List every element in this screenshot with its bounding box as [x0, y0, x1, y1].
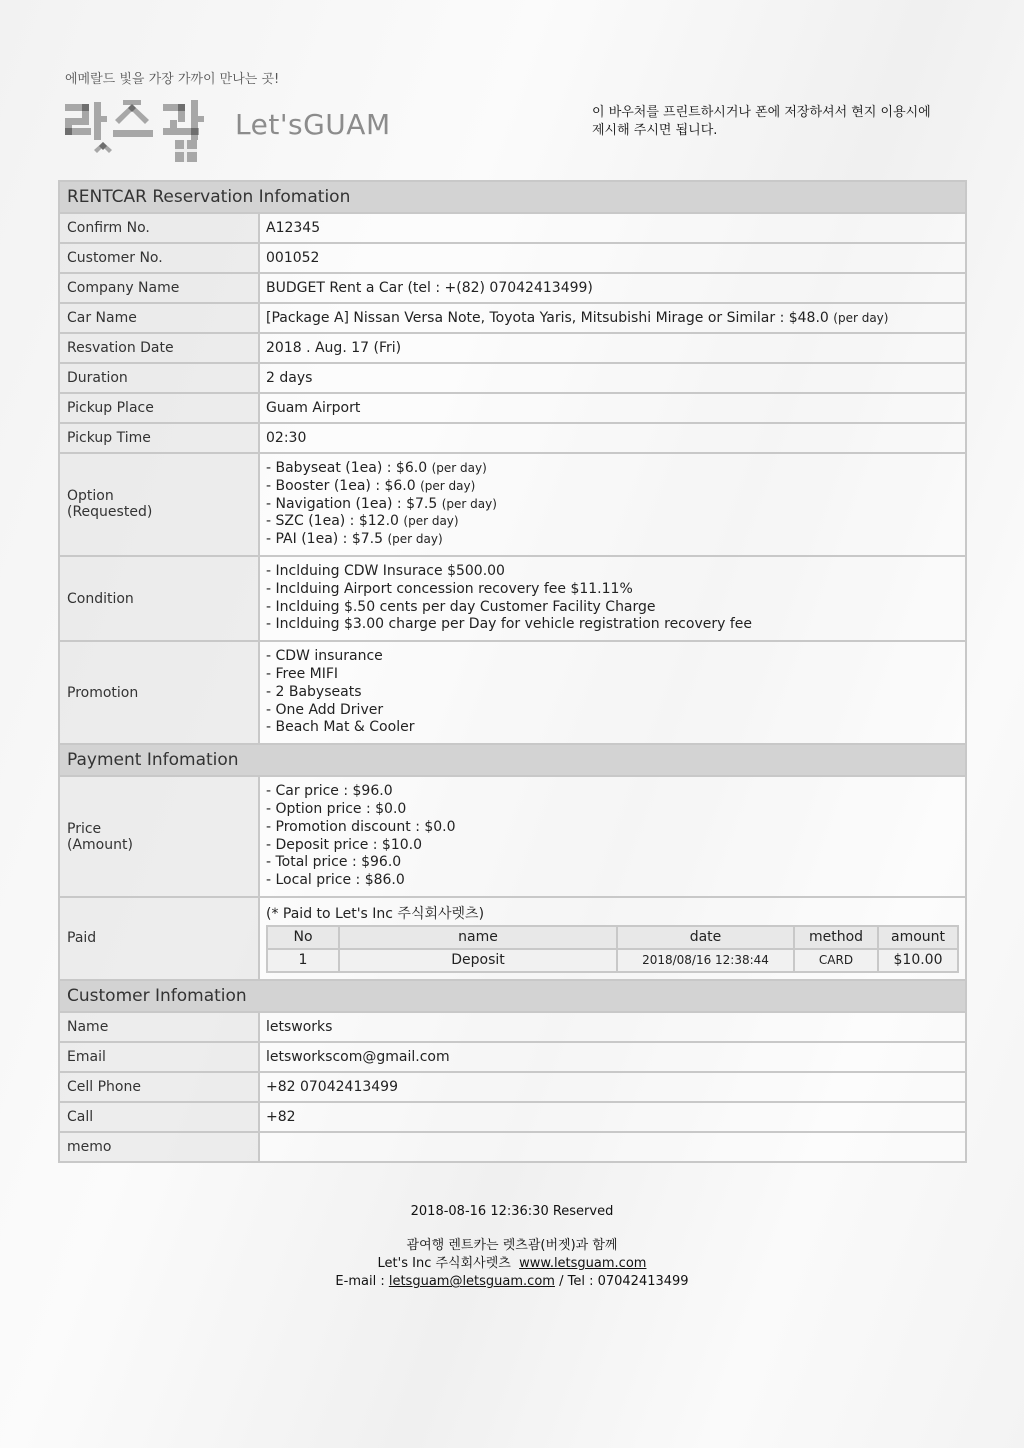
section-header-reservation: RENTCAR Reservation Infomation	[59, 181, 966, 213]
col-header: method	[794, 926, 878, 949]
print-notice: 이 바우처를 프린트하시거나 폰에 저장하셔서 현지 이용시에 제시해 주시면 …	[592, 104, 972, 140]
option-item: - PAI (1ea) : $7.5 (per day)	[266, 531, 959, 549]
logo-korean-mark-icon	[63, 94, 228, 162]
field-label: Pickup Time	[59, 423, 259, 453]
promotion-item: - Free MIFI	[266, 666, 959, 684]
confirm-no-value: A12345	[259, 213, 966, 243]
email-link[interactable]: letsguam@letsguam.com	[389, 1274, 555, 1289]
reservation-date-value: 2018 . Aug. 17 (Fri)	[259, 333, 966, 363]
customer-name-value: letsworks	[259, 1012, 966, 1042]
company-name-value: BUDGET Rent a Car (tel : +(82) 070424134…	[259, 273, 966, 303]
price-item: - Promotion discount : $0.0	[266, 819, 959, 837]
logo: Let'sGUAM	[63, 94, 403, 162]
option-item: - SZC (1ea) : $12.0 (per day)	[266, 513, 959, 531]
payment-history-header: No name date method amount	[267, 926, 958, 949]
field-label: Confirm No.	[59, 213, 259, 243]
row-memo: memo	[59, 1132, 966, 1162]
field-label: Call	[59, 1102, 259, 1132]
promotion-item: - Beach Mat & Cooler	[266, 719, 959, 737]
section-title: RENTCAR Reservation Infomation	[59, 181, 966, 213]
price-label-line1: Price	[67, 821, 251, 837]
per-day-suffix: (per day)	[833, 311, 888, 325]
price-item: - Car price : $96.0	[266, 783, 959, 801]
car-name-text: [Package A] Nissan Versa Note, Toyota Ya…	[266, 310, 829, 326]
field-label: Promotion	[59, 641, 259, 744]
field-label: Duration	[59, 363, 259, 393]
field-label: Pickup Place	[59, 393, 259, 423]
condition-item: - Inclduing Airport concession recovery …	[266, 581, 959, 599]
col-header: name	[339, 926, 617, 949]
customer-call-value: +82	[259, 1102, 966, 1132]
price-item: - Option price : $0.0	[266, 801, 959, 819]
payment-history-row: 1 Deposit 2018/08/16 12:38:44 CARD $10.0…	[267, 949, 958, 972]
email-label: E-mail :	[335, 1274, 384, 1289]
notice-line-2: 제시해 주시면 됩니다.	[592, 122, 972, 140]
field-label: Email	[59, 1042, 259, 1072]
footer-slogan: 괌여행 렌트카는 렛츠괌(버젯)과 함께	[0, 1237, 1024, 1255]
option-item: - Booster (1ea) : $6.0 (per day)	[266, 478, 959, 496]
promotion-item: - CDW insurance	[266, 648, 959, 666]
promotion-list: - CDW insurance - Free MIFI - 2 Babyseat…	[259, 641, 966, 744]
price-item: - Deposit price : $10.0	[266, 837, 959, 855]
payment-history-table: No name date method amount 1 Deposit 201…	[266, 925, 959, 973]
row-price: Price (Amount) - Car price : $96.0 - Opt…	[59, 776, 966, 897]
row-condition: Condition - Inclduing CDW Insurace $500.…	[59, 556, 966, 641]
payment-method: CARD	[794, 949, 878, 972]
tel-text: / Tel : 07042413499	[559, 1274, 688, 1289]
section-title: Payment Infomation	[59, 744, 966, 776]
footer-company: Let's Inc 주식회사렛츠 www.letsguam.com	[0, 1255, 1024, 1273]
row-cell-phone: Cell Phone +82 07042413499	[59, 1072, 966, 1102]
condition-list: - Inclduing CDW Insurace $500.00 - Incld…	[259, 556, 966, 641]
field-label: memo	[59, 1132, 259, 1162]
customer-email-value: letsworkscom@gmail.com	[259, 1042, 966, 1072]
price-item: - Local price : $86.0	[266, 872, 959, 890]
row-company-name: Company Name BUDGET Rent a Car (tel : +(…	[59, 273, 966, 303]
option-item: - Navigation (1ea) : $7.5 (per day)	[266, 496, 959, 514]
reserved-timestamp: 2018-08-16 12:36:30 Reserved	[0, 1204, 1024, 1219]
duration-value: 2 days	[259, 363, 966, 393]
customer-no-value: 001052	[259, 243, 966, 273]
field-label: Name	[59, 1012, 259, 1042]
condition-item: - Inclduing CDW Insurace $500.00	[266, 563, 959, 581]
option-item: - Babyseat (1ea) : $6.0 (per day)	[266, 460, 959, 478]
field-label: Resvation Date	[59, 333, 259, 363]
row-car-name: Car Name [Package A] Nissan Versa Note, …	[59, 303, 966, 333]
customer-memo-value	[259, 1132, 966, 1162]
field-label: Cell Phone	[59, 1072, 259, 1102]
paid-note: (* Paid to Let's Inc 주식회사렛츠)	[266, 904, 959, 924]
field-label: Price (Amount)	[59, 776, 259, 897]
price-list: - Car price : $96.0 - Option price : $0.…	[259, 776, 966, 897]
payment-date: 2018/08/16 12:38:44	[617, 949, 794, 972]
row-pickup-place: Pickup Place Guam Airport	[59, 393, 966, 423]
row-name: Name letsworks	[59, 1012, 966, 1042]
row-option: Option (Requested) - Babyseat (1ea) : $6…	[59, 453, 966, 556]
footer-contact: E-mail : letsguam@letsguam.com / Tel : 0…	[0, 1273, 1024, 1291]
company-name: Let's Inc 주식회사렛츠	[378, 1256, 511, 1271]
option-label-line2: (Requested)	[67, 504, 251, 520]
field-label: Option (Requested)	[59, 453, 259, 556]
price-item: - Total price : $96.0	[266, 854, 959, 872]
footer-info: 괌여행 렌트카는 렛츠괌(버젯)과 함께 Let's Inc 주식회사렛츠 ww…	[0, 1237, 1024, 1291]
voucher-table: RENTCAR Reservation Infomation Confirm N…	[58, 180, 967, 1163]
row-email: Email letsworkscom@gmail.com	[59, 1042, 966, 1072]
condition-item: - Inclduing $3.00 charge per Day for veh…	[266, 616, 959, 634]
tagline: 에메랄드 빛을 가장 가까이 만나는 곳!	[65, 68, 279, 87]
row-confirm-no: Confirm No. A12345	[59, 213, 966, 243]
car-name-value: [Package A] Nissan Versa Note, Toyota Ya…	[259, 303, 966, 333]
payment-name: Deposit	[339, 949, 617, 972]
row-reservation-date: Resvation Date 2018 . Aug. 17 (Fri)	[59, 333, 966, 363]
field-label: Paid	[59, 897, 259, 980]
field-label: Condition	[59, 556, 259, 641]
row-paid: Paid (* Paid to Let's Inc 주식회사렛츠) No nam…	[59, 897, 966, 980]
row-duration: Duration 2 days	[59, 363, 966, 393]
pickup-place-value: Guam Airport	[259, 393, 966, 423]
logo-text: Let'sGUAM	[235, 108, 391, 141]
paid-details: (* Paid to Let's Inc 주식회사렛츠) No name dat…	[259, 897, 966, 980]
section-header-customer: Customer Infomation	[59, 980, 966, 1012]
section-title: Customer Infomation	[59, 980, 966, 1012]
row-customer-no: Customer No. 001052	[59, 243, 966, 273]
option-label-line1: Option	[67, 488, 251, 504]
website-link[interactable]: www.letsguam.com	[519, 1256, 646, 1271]
col-header: No	[267, 926, 339, 949]
notice-line-1: 이 바우처를 프린트하시거나 폰에 저장하셔서 현지 이용시에	[592, 104, 972, 122]
customer-cell-phone-value: +82 07042413499	[259, 1072, 966, 1102]
field-label: Car Name	[59, 303, 259, 333]
payment-amount: $10.00	[878, 949, 958, 972]
price-label-line2: (Amount)	[67, 837, 251, 853]
pickup-time-value: 02:30	[259, 423, 966, 453]
field-label: Company Name	[59, 273, 259, 303]
col-header: amount	[878, 926, 958, 949]
payment-no: 1	[267, 949, 339, 972]
option-list: - Babyseat (1ea) : $6.0 (per day) - Boos…	[259, 453, 966, 556]
row-call: Call +82	[59, 1102, 966, 1132]
row-pickup-time: Pickup Time 02:30	[59, 423, 966, 453]
condition-item: - Inclduing $.50 cents per day Customer …	[266, 599, 959, 617]
section-header-payment: Payment Infomation	[59, 744, 966, 776]
promotion-item: - 2 Babyseats	[266, 684, 959, 702]
promotion-item: - One Add Driver	[266, 702, 959, 720]
col-header: date	[617, 926, 794, 949]
row-promotion: Promotion - CDW insurance - Free MIFI - …	[59, 641, 966, 744]
field-label: Customer No.	[59, 243, 259, 273]
